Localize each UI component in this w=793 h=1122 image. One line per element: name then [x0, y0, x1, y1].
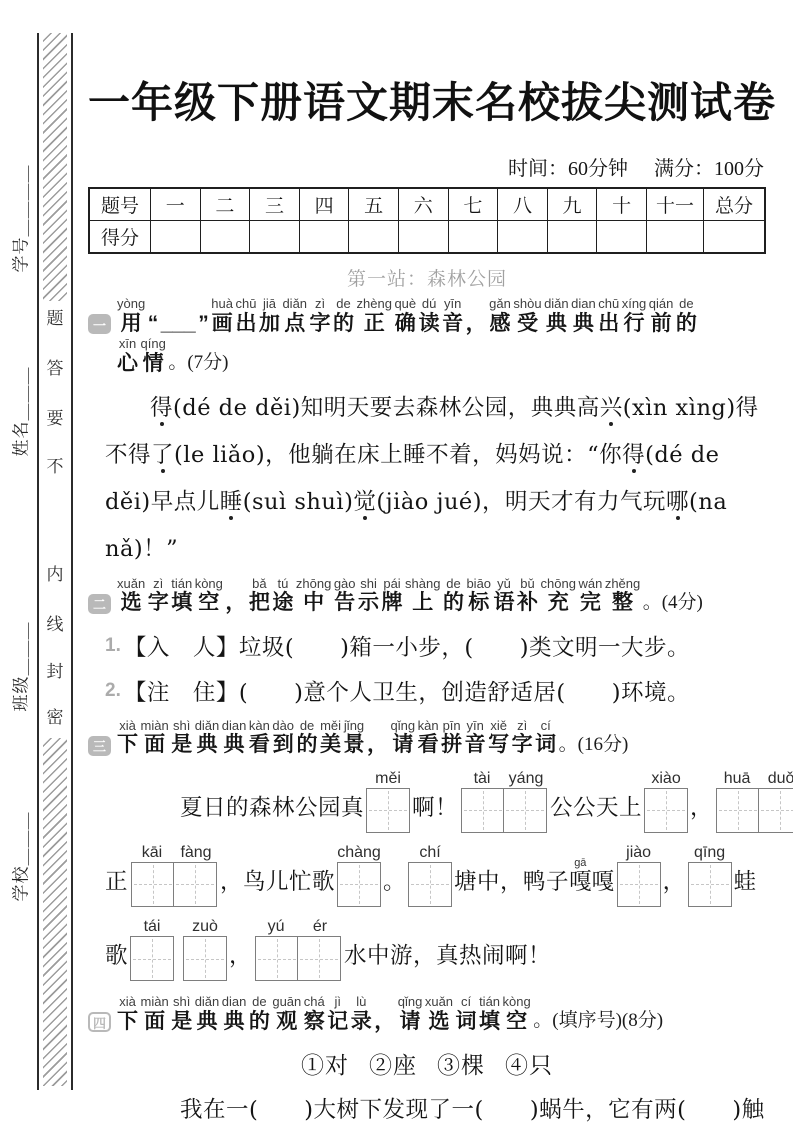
- pinyin-hanzi-unit: zì字: [310, 297, 331, 337]
- col-header: 五: [349, 188, 399, 221]
- question-1-text-line2: xīn心qíng情。(7分): [117, 337, 766, 377]
- fill-line-text: 夏日的森林公园真: [180, 790, 364, 833]
- pinyin-hanzi-unit: dian典: [571, 297, 596, 337]
- writing-box-group: měi: [366, 769, 410, 833]
- numbered-option: ④只: [505, 1053, 553, 1079]
- pinyin-hanzi-unit: ，: [466, 297, 487, 337]
- question-2-number-icon: 二: [88, 594, 111, 614]
- col-header: 八: [498, 188, 548, 221]
- pinyin-label: yú: [254, 917, 298, 936]
- fill-line: 正kāifàng，鸟儿忙歌chàng。chí塘中，鸭子gā嘎嘎jiào，qīng…: [105, 843, 766, 907]
- pinyin-hanzi-unit: zì字: [148, 577, 169, 617]
- annotated-char: gā嘎: [569, 858, 592, 907]
- pinyin-hanzi-unit: shòu受: [513, 297, 541, 337]
- pinyin-label: zuò: [183, 917, 227, 936]
- choice-brackets: 【注 住】: [124, 675, 239, 707]
- col-header: 三: [250, 188, 300, 221]
- passage-text: (le liǎo)，他躺在床上睡不着，妈妈说：“你: [174, 442, 622, 468]
- question-2: 二 xuǎn选zì字tián填kòng空 ，bǎ把tú途zhōng中gào告sh…: [88, 577, 766, 617]
- seal-hatch-top: [43, 33, 67, 301]
- pinyin-label: chí: [408, 843, 452, 862]
- choice-fill-item: 2.【注 住】( )意个人卫生，创造舒适居( )环境。: [105, 675, 766, 707]
- pinyin-hanzi-unit: shàng上: [405, 577, 440, 617]
- question-4-text: xià下miàn面shì是diǎn典dian典de的guān观chá察jì记lù…: [117, 995, 766, 1035]
- numbered-option: ①对: [301, 1053, 349, 1079]
- pinyin-hanzi-unit: chá察: [304, 995, 325, 1035]
- pinyin-hanzi-unit: “: [148, 297, 159, 337]
- pinyin-hanzi-unit: xíng行: [622, 297, 647, 337]
- pinyin-hanzi-unit: gǎn感: [489, 297, 511, 337]
- pinyin-hanzi-unit: jiā加: [259, 297, 280, 337]
- pinyin-hanzi-unit: qíng情: [141, 337, 166, 377]
- pinyin-hanzi-unit: dian典: [222, 995, 247, 1035]
- pinyin-label: měi: [366, 769, 410, 788]
- pinyin-hanzi-unit: shì是: [171, 995, 192, 1035]
- pinyin-hanzi-unit: de的: [297, 719, 318, 759]
- writing-box[interactable]: [716, 788, 760, 833]
- seal-line-char: 内: [39, 566, 71, 583]
- pinyin-label: duǒ: [759, 769, 793, 788]
- fill-line-text: 水中游，真热闹啊！: [344, 938, 551, 981]
- pinyin-hanzi-unit: měi美: [320, 719, 341, 759]
- writing-box[interactable]: [688, 862, 732, 907]
- seal-line-char: 线: [39, 616, 71, 633]
- fill-line: 夏日的森林公园真měi啊！tàiyáng公公天上xiào，huāduǒ，: [105, 769, 766, 833]
- section-header: 第一站：森林公园: [88, 264, 766, 291]
- pinyin-hanzi-unit: ，: [374, 995, 395, 1035]
- writing-box[interactable]: [503, 788, 547, 833]
- fill-line-text: 公公天上: [550, 790, 642, 833]
- seal-line-char: 要: [39, 410, 71, 427]
- score-cell[interactable]: [448, 221, 498, 254]
- writing-box-group: kāifàng: [130, 843, 218, 907]
- col-header: 六: [398, 188, 448, 221]
- score-cell[interactable]: [704, 221, 766, 254]
- score-label: 。(4分): [643, 589, 703, 617]
- numbered-option: ③棵: [437, 1053, 485, 1079]
- main-content: 一年级下册语文期末名校拔尖测试卷 时间：60分钟满分：100分 题号一二三四五六…: [88, 0, 766, 1122]
- fill-line-text: 嘎: [592, 864, 615, 907]
- pinyin-hanzi-unit: dian典: [222, 719, 247, 759]
- pinyin-hanzi-unit: xuǎn选: [425, 995, 453, 1035]
- pinyin-hanzi-unit: guān观: [272, 995, 301, 1035]
- fill-line-text: 蛙: [734, 864, 757, 907]
- pinyin-label: huā: [715, 769, 759, 788]
- fill-line: 歌táizuò，yúér水中游，真热闹啊！: [105, 917, 766, 981]
- question-4: 四 xià下miàn面shì是diǎn典dian典de的guān观chá察jì记…: [88, 995, 766, 1035]
- pinyin-hanzi-unit: diǎn点: [282, 297, 307, 337]
- col-header: 总分: [704, 188, 766, 221]
- seal-hatch-bottom: [43, 738, 67, 1086]
- pinyin-hanzi-unit: chōng充: [541, 577, 576, 617]
- score-cell[interactable]: [349, 221, 399, 254]
- pinyin-hanzi-unit: kòng空: [503, 995, 531, 1035]
- full-score: 满分：100分: [654, 158, 764, 180]
- writing-box[interactable]: [337, 862, 381, 907]
- writing-box[interactable]: [408, 862, 452, 907]
- pinyin-hanzi-unit: shì是: [171, 719, 192, 759]
- passage-text: (suì shuì): [243, 489, 354, 515]
- score-label: 。(填序号)(8分): [533, 1007, 663, 1035]
- pinyin-hanzi-unit: de的: [676, 297, 697, 337]
- score-cell[interactable]: [299, 221, 349, 254]
- pinyin-hanzi-unit: kàn看: [249, 719, 270, 759]
- item-sentence: 垃圾( )箱一小步，( )类文明一大步。: [239, 630, 690, 662]
- pinyin-hanzi-unit: xiě写: [488, 719, 509, 759]
- score-cell[interactable]: [398, 221, 448, 254]
- time-limit: 时间：60分钟: [508, 158, 628, 180]
- col-header: 十一: [647, 188, 704, 221]
- score-cell[interactable]: [647, 221, 704, 254]
- student-info-field-1[interactable]: 学号＿＿＿＿: [7, 134, 32, 304]
- writing-box[interactable]: [130, 936, 174, 981]
- score-cell[interactable]: [200, 221, 250, 254]
- col-header: 九: [547, 188, 597, 221]
- pinyin-hanzi-unit: bǎ把: [249, 577, 270, 617]
- writing-box-group: yúér: [254, 917, 342, 981]
- pinyin-hanzi-unit: biāo标: [466, 577, 491, 617]
- pinyin-hanzi-unit: jì记: [327, 995, 348, 1035]
- pinyin-label: yáng: [504, 769, 548, 788]
- pinyin-label: chàng: [337, 843, 381, 862]
- fill-line-text: ，: [690, 790, 713, 833]
- pinyin-hanzi-unit: gào告: [334, 577, 356, 617]
- writing-box[interactable]: [366, 788, 410, 833]
- pinyin-hanzi-unit: wán完: [578, 577, 602, 617]
- passage-text: (jiào jué)，明天才有力气玩: [376, 489, 666, 515]
- pinyin-hanzi-unit: xià下: [117, 719, 138, 759]
- pinyin-hanzi-unit: yīn音: [465, 719, 486, 759]
- pinyin-hanzi-unit: yīn音: [442, 297, 463, 337]
- pinyin-hanzi-unit: de的: [333, 297, 354, 337]
- pinyin-hanzi-unit: diǎn典: [544, 297, 569, 337]
- col-header: 四: [299, 188, 349, 221]
- seal-line-char: 答: [39, 360, 71, 377]
- fill-line-text: 塘中，鸭子: [454, 864, 569, 907]
- fill-line-text: ，鸟儿忙歌: [220, 864, 335, 907]
- col-header: 一: [151, 188, 201, 221]
- fill-line-text: 啊！: [412, 790, 458, 833]
- choice-brackets: 【入 人】: [124, 630, 239, 662]
- fill-line-text: ，: [229, 938, 252, 981]
- writing-box-group: chàng: [337, 843, 381, 907]
- seal-line-char: 封: [39, 663, 71, 680]
- writing-box-group: tái: [130, 917, 174, 981]
- pinyin-hanzi-unit: dú读: [419, 297, 440, 337]
- writing-box-group: zuò: [183, 917, 227, 981]
- student-info-field-4[interactable]: 学校＿＿＿: [7, 772, 32, 942]
- question-1-number-icon: 一: [88, 314, 111, 334]
- writing-box[interactable]: [183, 936, 227, 981]
- pinyin-hanzi-unit: miàn面: [141, 719, 169, 759]
- question-4-options: ①对②座③棵④只: [88, 1047, 766, 1080]
- pinyin-hanzi-unit: chū出: [235, 297, 256, 337]
- pinyin-label: tài: [460, 769, 504, 788]
- seal-line-char: 题: [39, 310, 71, 327]
- student-info-field-3[interactable]: 班级＿＿＿: [7, 582, 32, 752]
- seal-line-char: 不: [39, 458, 71, 475]
- pinyin-hanzi-unit: jǐng景: [344, 719, 365, 759]
- pinyin-hanzi-unit: yǔ语: [494, 577, 515, 617]
- choice-fill-item: 1.【入 人】垃圾( )箱一小步，( )类文明一大步。: [105, 630, 766, 662]
- pinyin-hanzi-unit: kàn看: [418, 719, 439, 759]
- pinyin-hanzi-unit: de的: [443, 577, 464, 617]
- pinyin-hanzi-unit: miàn面: [141, 995, 169, 1035]
- passage-text: (dé de děi)知明天要去森林公园，典典高: [173, 395, 600, 421]
- score-cell[interactable]: [250, 221, 300, 254]
- emphasized-char: 哪: [666, 489, 689, 515]
- fill-line-text: 歌: [105, 938, 128, 981]
- pinyin-hanzi-unit: zhōng中: [296, 577, 331, 617]
- col-header: 二: [200, 188, 250, 221]
- pinyin-label: kāi: [130, 843, 174, 862]
- seal-line-strip: 题答要不内线封密: [37, 33, 73, 1090]
- emphasized-char: 睡: [220, 489, 243, 515]
- score-label: 。(16分): [559, 731, 629, 759]
- pinyin-hanzi-unit: yòng用: [117, 297, 145, 337]
- pinyin-hanzi-unit: pīn拼: [441, 719, 462, 759]
- pinyin-hanzi-unit: ___: [161, 297, 196, 337]
- pinyin-hanzi-unit: dào到: [272, 719, 294, 759]
- writing-box-group: tàiyáng: [460, 769, 548, 833]
- question-3-number-icon: 三: [88, 736, 111, 756]
- pinyin-hanzi-unit: ，: [225, 577, 246, 617]
- score-cell[interactable]: [597, 221, 647, 254]
- pinyin-hanzi-unit: shi示: [358, 577, 379, 617]
- student-info-field-2[interactable]: 姓名＿＿＿: [7, 327, 32, 497]
- emphasized-char: 得: [622, 442, 645, 468]
- question-3-fill-lines: 夏日的森林公园真měi啊！tàiyáng公公天上xiào，huāduǒ，正kāi…: [88, 769, 766, 982]
- score-label: 。(7分): [168, 349, 228, 377]
- question-1-passage: 得(dé de děi)知明天要去森林公园，典典高兴(xìn xìng)得不得了…: [105, 385, 766, 573]
- pinyin-hanzi-unit: cí词: [456, 995, 477, 1035]
- item-number: 2.: [105, 680, 121, 702]
- seal-line-char: 密: [39, 709, 71, 726]
- question-1-text-line1: yòng用 “ ___ ”huà画chū出jiā加diǎn点zì字de的zhèn…: [117, 297, 766, 337]
- writing-box[interactable]: [758, 788, 793, 833]
- score-cell[interactable]: [498, 221, 548, 254]
- pinyin-label: fàng: [174, 843, 218, 862]
- score-cell[interactable]: [151, 221, 201, 254]
- pinyin-label: ér: [298, 917, 342, 936]
- pinyin-hanzi-unit: huà画: [211, 297, 233, 337]
- writing-box[interactable]: [173, 862, 217, 907]
- question-1: 一 yòng用 “ ___ ”huà画chū出jiā加diǎn点zì字de的zh…: [88, 297, 766, 377]
- question-2-items: 1.【入 人】垃圾( )箱一小步，( )类文明一大步。2.【注 住】( )意个人…: [88, 630, 766, 707]
- col-header: 七: [448, 188, 498, 221]
- score-table: 题号一二三四五六七八九十十一总分得分: [88, 187, 766, 254]
- pinyin-hanzi-unit: zhèng正: [357, 297, 392, 337]
- pinyin-hanzi-unit: diǎn典: [195, 719, 220, 759]
- fill-line-text: 正: [105, 864, 128, 907]
- pinyin-hanzi-unit: xīn心: [117, 337, 138, 377]
- pinyin-hanzi-unit: ”: [198, 297, 209, 337]
- fill-line-text: 。: [383, 864, 406, 907]
- pinyin-hanzi-unit: pái牌: [382, 577, 403, 617]
- pinyin-label: xiào: [644, 769, 688, 788]
- writing-box-group: xiào: [644, 769, 688, 833]
- pinyin-hanzi-unit: qǐng请: [391, 719, 416, 759]
- emphasized-char: 觉: [353, 489, 376, 515]
- col-header: 十: [597, 188, 647, 221]
- writing-box[interactable]: [255, 936, 299, 981]
- exam-page: 题答要不内线封密 学号＿＿＿＿姓名＿＿＿班级＿＿＿学校＿＿＿ 一年级下册语文期末…: [0, 0, 793, 1122]
- writing-box[interactable]: [461, 788, 505, 833]
- score-cell[interactable]: [547, 221, 597, 254]
- pinyin-label: tái: [130, 917, 174, 936]
- question-2-text: xuǎn选zì字tián填kòng空 ，bǎ把tú途zhōng中gào告shi示…: [117, 577, 766, 617]
- writing-box-group: qīng: [688, 843, 732, 907]
- pinyin-hanzi-unit: xià下: [117, 995, 138, 1035]
- question-3: 三 xià下miàn面shì是diǎn典dian典kàn看dào到de的měi美…: [88, 719, 766, 759]
- writing-box[interactable]: [131, 862, 175, 907]
- score-row-label: 得分: [89, 221, 151, 254]
- pinyin-hanzi-unit: qián前: [649, 297, 674, 337]
- writing-box-group: huāduǒ: [715, 769, 793, 833]
- question-4-sentence: 我在一( )大树下发现了一( )蜗牛，它有两( )触: [105, 1092, 766, 1122]
- pinyin-label: jiào: [617, 843, 661, 862]
- writing-box[interactable]: [297, 936, 341, 981]
- pinyin-hanzi-unit: qǐng请: [398, 995, 423, 1035]
- pinyin-hanzi-unit: bǔ补: [517, 577, 538, 617]
- pinyin-hanzi-unit: ，: [367, 719, 388, 759]
- pinyin-hanzi-unit: què确: [394, 297, 416, 337]
- pinyin-hanzi-unit: tián填: [479, 995, 500, 1035]
- item-sentence: ( )意个人卫生，创造舒适居( )环境。: [239, 675, 690, 707]
- pinyin-hanzi-unit: tián填: [171, 577, 192, 617]
- pinyin-hanzi-unit: zì字: [512, 719, 533, 759]
- fill-line-text: ，: [663, 864, 686, 907]
- item-number: 1.: [105, 635, 121, 657]
- writing-box[interactable]: [644, 788, 688, 833]
- pinyin-hanzi-unit: lù录: [351, 995, 372, 1035]
- emphasized-char: 兴: [600, 395, 623, 421]
- pinyin-label: qīng: [688, 843, 732, 862]
- time-score-line: 时间：60分钟满分：100分: [88, 152, 766, 181]
- writing-box-group: jiào: [617, 843, 661, 907]
- question-3-text: xià下miàn面shì是diǎn典dian典kàn看dào到de的měi美jǐ…: [117, 719, 766, 759]
- pinyin-hanzi-unit: diǎn典: [195, 995, 220, 1035]
- pinyin-hanzi-unit: de的: [249, 995, 270, 1035]
- question-4-number-icon: 四: [88, 1012, 111, 1032]
- pinyin-hanzi-unit: cí词: [535, 719, 556, 759]
- writing-box[interactable]: [617, 862, 661, 907]
- pinyin-hanzi-unit: chū出: [598, 297, 619, 337]
- pinyin-hanzi-unit: tú途: [272, 577, 293, 617]
- pinyin-hanzi-unit: zhěng整: [605, 577, 640, 617]
- emphasized-char: 了: [151, 442, 174, 468]
- pinyin-hanzi-unit: xuǎn选: [117, 577, 145, 617]
- col-header-label: 题号: [89, 188, 151, 221]
- page-title: 一年级下册语文期末名校拔尖测试卷: [88, 70, 766, 130]
- pinyin-hanzi-unit: kòng空: [195, 577, 223, 617]
- emphasized-char: 得: [150, 395, 173, 421]
- numbered-option: ②座: [369, 1053, 417, 1079]
- writing-box-group: chí: [408, 843, 452, 907]
